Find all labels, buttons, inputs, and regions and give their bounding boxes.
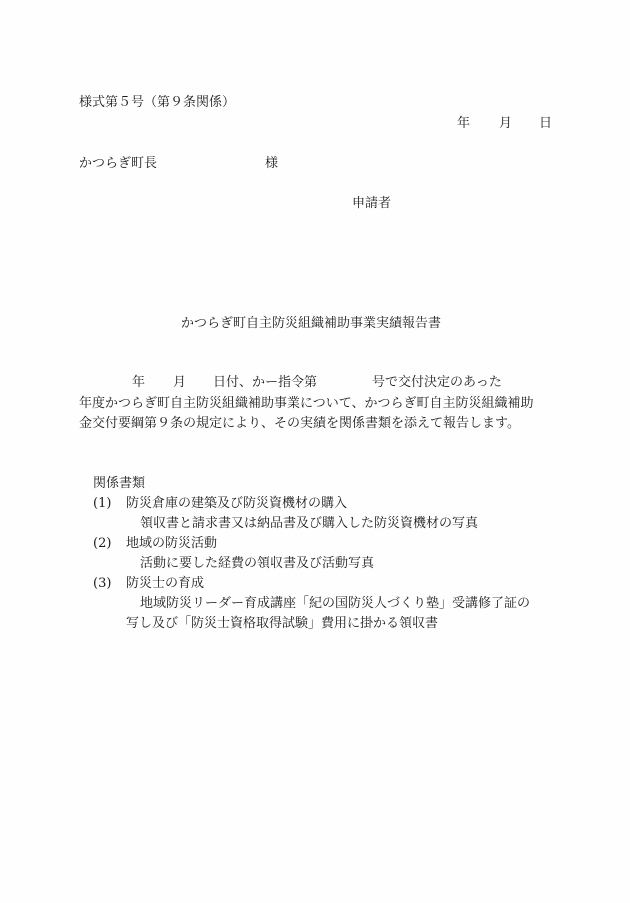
item-3-detail-2: 写し及び「防災士資格取得試験」費用に掛かる領収書 — [126, 616, 438, 632]
applicant-label: 申請者 — [352, 196, 391, 212]
item-1-title: 防災倉庫の建築及び防災資機材の購入 — [126, 496, 347, 512]
date-year-label: 年 — [457, 116, 470, 132]
item-1-number: (1) — [93, 496, 111, 512]
item-1-detail: 領収書と請求書又は納品書及び購入した防災資機材の写真 — [140, 516, 478, 532]
addressee-honorific: 様 — [265, 156, 278, 172]
body-month: 月 — [173, 375, 186, 391]
body-line-2: 年度かつらぎ町自主防災組織補助事業について、かつらぎ町自主防災組織補助 — [79, 396, 533, 412]
date-day-label: 日 — [539, 116, 552, 132]
form-number: 様式第５号（第９条関係） — [79, 95, 235, 111]
item-2-detail: 活動に要した経費の領収書及び活動写真 — [140, 556, 374, 572]
document-title: かつらぎ町自主防災組織補助事業実績報告書 — [181, 316, 441, 332]
item-3-title: 防災士の育成 — [126, 576, 204, 592]
body-year: 年 — [132, 375, 145, 391]
body-date-ref: 日付、かー指令第 — [213, 375, 317, 391]
item-3-detail-1: 地域防災リーダー育成講座「紀の国防災人づくり塾」受講修了証の — [140, 596, 530, 612]
addressee-name: かつらぎ町長 — [79, 156, 157, 172]
body-number-ref: 号で交付決定のあった — [372, 375, 502, 391]
date-month-label: 月 — [499, 116, 512, 132]
item-2-title: 地域の防災活動 — [126, 536, 217, 552]
item-2-number: (2) — [93, 536, 111, 552]
related-documents-heading: 関係書類 — [93, 476, 145, 492]
item-3-number: (3) — [93, 576, 111, 592]
body-line-3: 金交付要綱第９条の規定により、その実績を関係書類を添えて報告します。 — [79, 416, 520, 432]
